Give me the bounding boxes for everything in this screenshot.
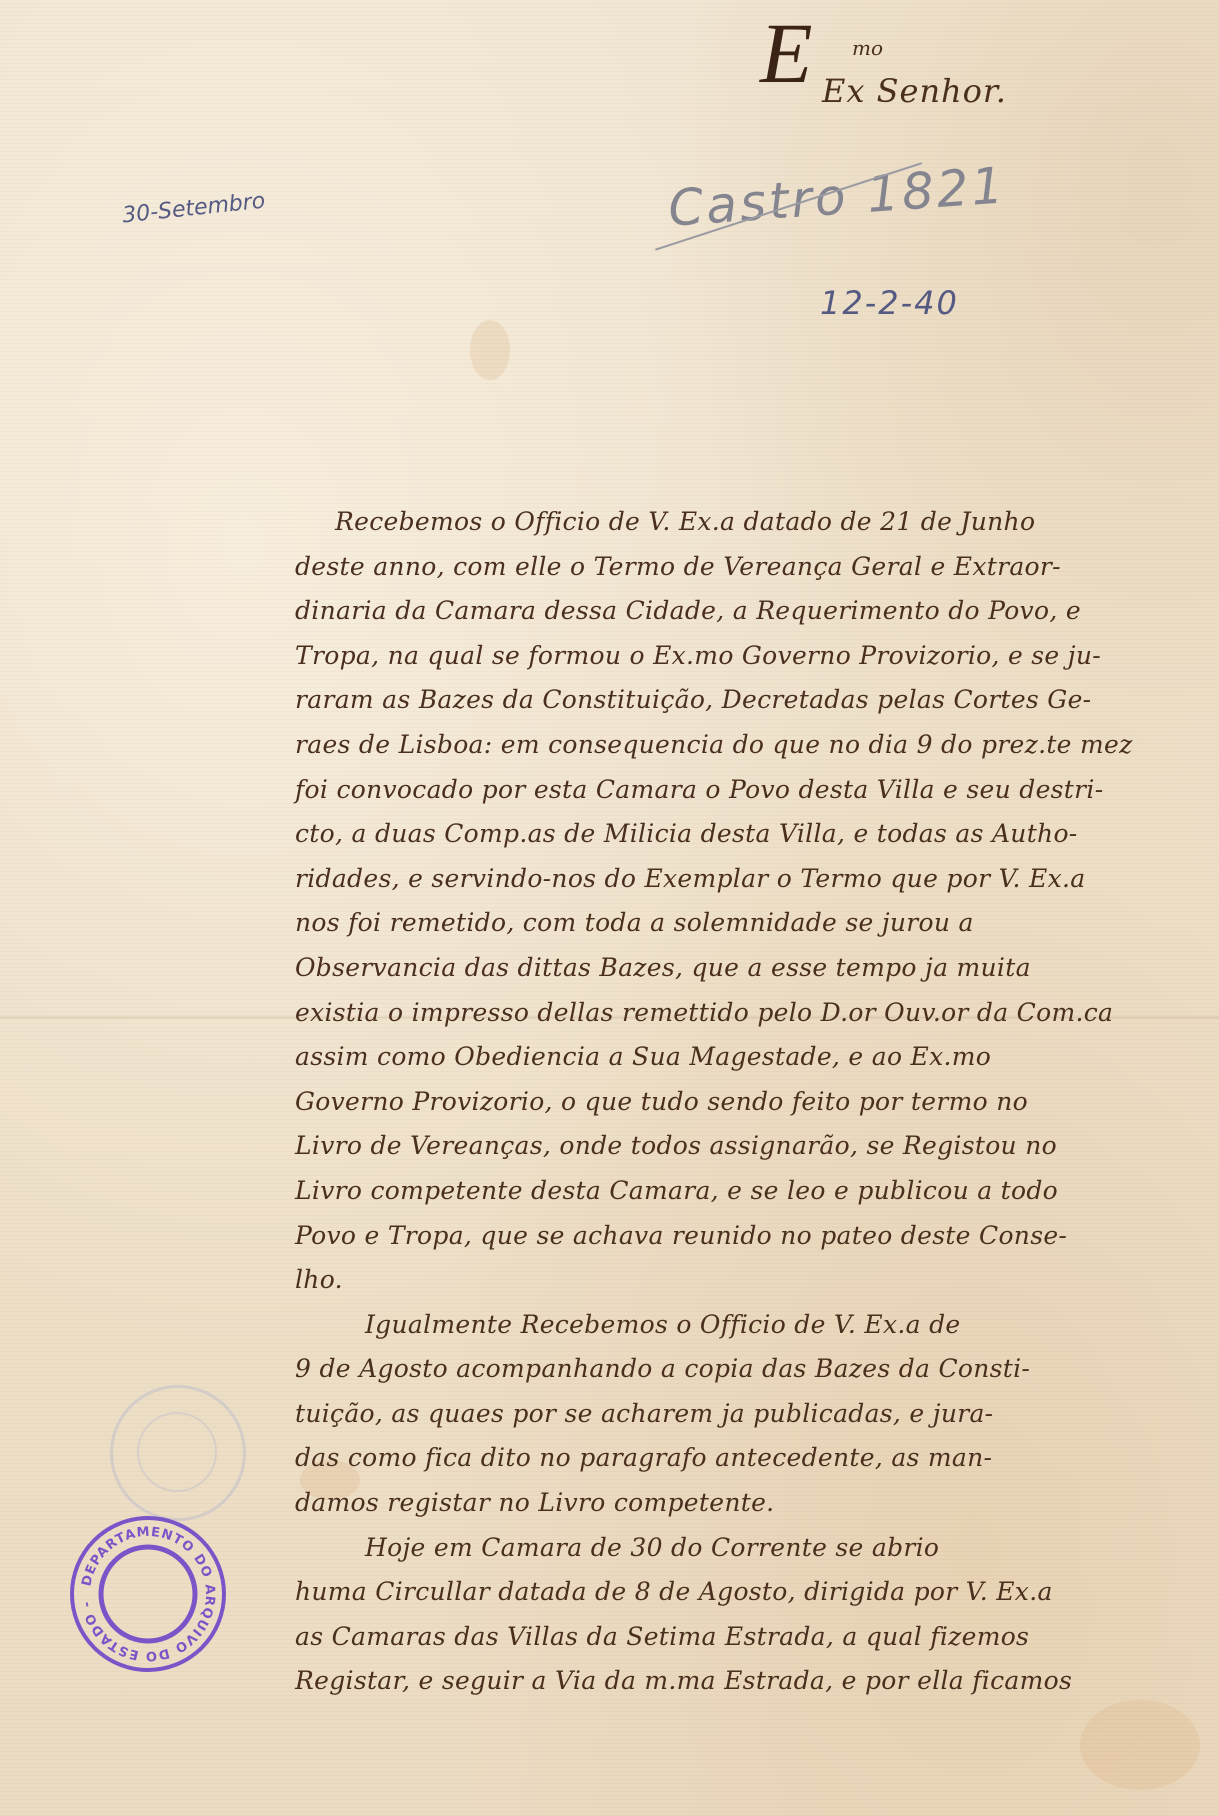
body-line: ridades, e servindo-nos do Exemplar o Te… [295, 857, 1195, 902]
archive-stamp-icon: DEPARTAMENTO DO ARQUIVO DO ESTADO - S. P… [66, 1512, 230, 1676]
body-line: cto, a duas Comp.as de Milicia desta Vil… [295, 812, 1195, 857]
salutation-text: Ex Senhor. [822, 72, 1007, 110]
body-line-text: Recebemos o Officio de V. Ex.a datado de… [335, 507, 1035, 536]
body-line: Recebemos o Officio de V. Ex.a datado de… [295, 500, 1195, 545]
body-line: deste anno, com elle o Termo de Vereança… [295, 545, 1195, 590]
body-line: damos registar no Livro competente. [295, 1481, 1195, 1526]
body-line: assim como Obediencia a Sua Magestade, e… [295, 1035, 1195, 1080]
body-line: existia o impresso dellas remettido pelo… [295, 991, 1195, 1036]
archive-stamp: DEPARTAMENTO DO ARQUIVO DO ESTADO - S. P… [66, 1512, 230, 1676]
body-line: raram as Bazes da Constituição, Decretad… [295, 678, 1195, 723]
body-line: Livro de Vereanças, onde todos assignarã… [295, 1124, 1195, 1169]
body-line: das como fica dito no paragrafo antecede… [295, 1436, 1195, 1481]
letter-body: Recebemos o Officio de V. Ex.a datado de… [295, 500, 1195, 1704]
body-line: Livro competente desta Camara, e se leo … [295, 1169, 1195, 1214]
paper-stain [470, 320, 510, 380]
salutation: E mo Ex Senhor. [760, 20, 1120, 110]
body-line: 9 de Agosto acompanhando a copia das Baz… [295, 1347, 1195, 1392]
body-line: dinaria da Camara dessa Cidade, a Requer… [295, 589, 1195, 634]
body-line-paragraph-start: Hoje em Camara de 30 do Corrente se abri… [295, 1526, 1195, 1571]
body-line: foi convocado por esta Camara o Povo des… [295, 768, 1195, 813]
body-line: lho. [295, 1258, 1195, 1303]
body-line: Registar, e seguir a Via da m.ma Estrada… [295, 1659, 1195, 1704]
body-line: Observancia das dittas Bazes, que a esse… [295, 946, 1195, 991]
body-line: nos foi remetido, com toda a solemnidade… [295, 901, 1195, 946]
faded-stamp-impression [110, 1385, 246, 1521]
body-line: huma Circullar datada de 8 de Agosto, di… [295, 1570, 1195, 1615]
annotation-reference: 12-2-40 [820, 284, 959, 322]
body-line: tuição, as quaes por se acharem ja publi… [295, 1392, 1195, 1437]
body-line: as Camaras das Villas da Setima Estrada,… [295, 1615, 1195, 1660]
body-line: Povo e Tropa, que se achava reunido no p… [295, 1214, 1195, 1259]
salutation-superscript: mo [852, 36, 883, 60]
body-line: Tropa, na qual se formou o Ex.mo Governo… [295, 634, 1195, 679]
body-line: raes de Lisboa: em consequencia do que n… [295, 723, 1195, 768]
body-line: Governo Provizorio, o que tudo sendo fei… [295, 1080, 1195, 1125]
paper-stain [1080, 1700, 1200, 1790]
salutation-initial: E [760, 10, 813, 96]
body-line-paragraph-start: Igualmente Recebemos o Officio de V. Ex.… [295, 1303, 1195, 1348]
